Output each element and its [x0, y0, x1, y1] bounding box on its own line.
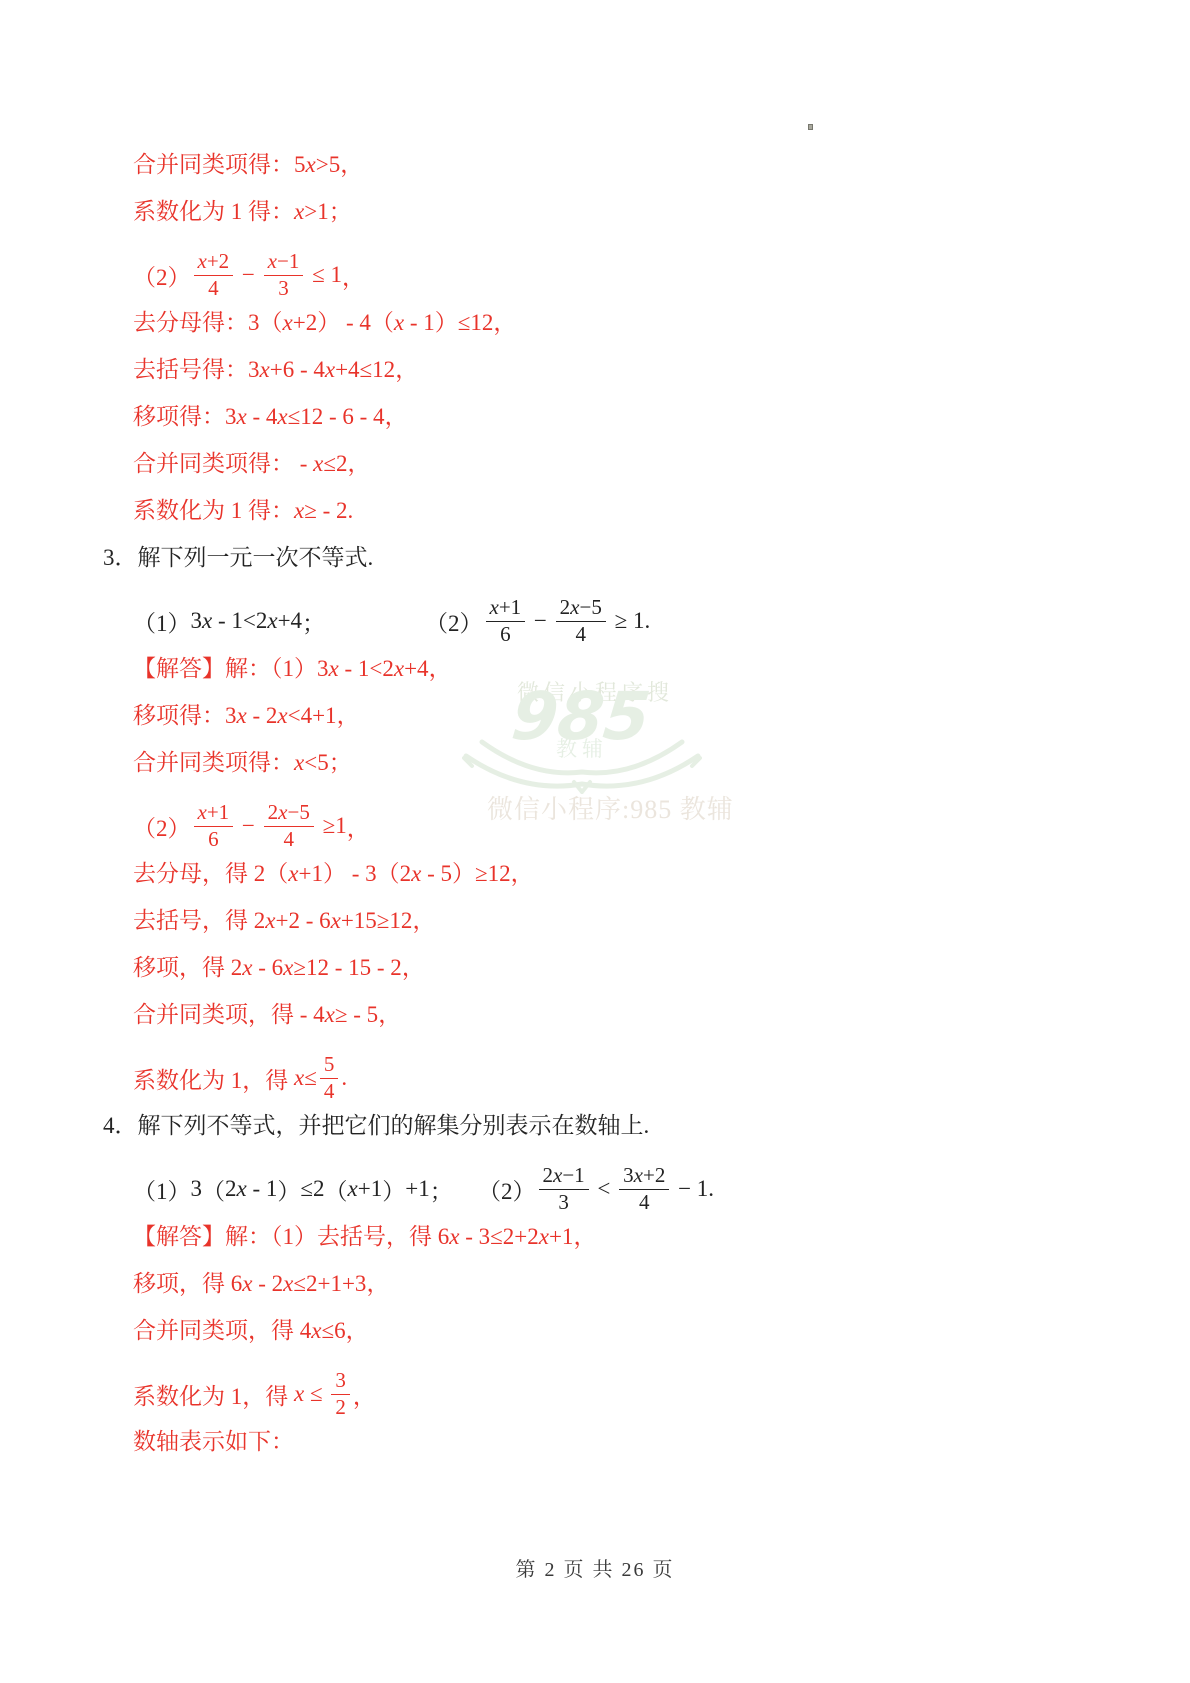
math-variable: x [277, 404, 287, 429]
math-text: - 1<2 [212, 608, 267, 634]
cjk-text: 【解答】解：（1）去括号，得 [133, 1224, 438, 1249]
solution-content: 合并同类项得：5x>5，系数化为 1 得：x>1；（2）x+24 − x−13 … [0, 0, 1190, 1477]
math-variable: x [242, 955, 252, 980]
fraction-denominator: 4 [575, 622, 586, 646]
cjk-text: 移项得： [133, 404, 225, 429]
problem-2: （2）2x−13 < 3x+24 − 1. [478, 1164, 714, 1213]
math-variable: x [325, 1002, 335, 1027]
math-variable: x [311, 1318, 321, 1343]
math-text: 2 [231, 955, 243, 980]
math-text: - 1 [404, 310, 435, 335]
cjk-text: ） [277, 1173, 300, 1206]
question-4-title: 4．解下列不等式，并把它们的解集分别表示在数轴上. [103, 1114, 1190, 1138]
cjk-text: 系数化为 1，得 [133, 1378, 294, 1411]
math-text: +1 [549, 1224, 573, 1249]
fraction: 2x−54 [556, 596, 606, 645]
solution-step: 合并同类项得：x<5； [133, 751, 1190, 775]
math-variable: x [394, 656, 404, 681]
math-text: +1 [358, 1176, 382, 1202]
cjk-text: ， [340, 152, 363, 177]
math-text: +1 [298, 861, 322, 886]
cjk-text: 【解答】解：（1） [133, 656, 317, 681]
fraction: x+16 [194, 801, 234, 850]
math-text: - [294, 451, 313, 476]
math-text: < [592, 1176, 616, 1202]
math-text: 3 [335, 1368, 346, 1392]
fraction-numerator: x−1 [264, 250, 304, 275]
cjk-text: 4．解下列不等式，并把它们的解集分别表示在数轴上. [103, 1113, 649, 1138]
cjk-text: 移项，得 [133, 955, 231, 980]
math-text: 4 [324, 1079, 335, 1103]
cjk-text: ， [493, 310, 516, 335]
math-text: - 4 [247, 404, 278, 429]
math-text: 6 [438, 1224, 450, 1249]
cjk-text: ， [412, 908, 435, 933]
math-text: ≤2 [323, 451, 347, 476]
solution-step-fraction: 系数化为 1，得 x ≤ 32， [133, 1366, 1190, 1422]
math-variable: x [294, 1065, 304, 1091]
solution-step-fraction: 系数化为 1，得 x≤54. [133, 1050, 1190, 1106]
math-text: +2 [293, 310, 317, 335]
math-text: ≥ - 2. [304, 498, 353, 523]
math-text: >1 [304, 199, 328, 224]
document-page: 微信小程序搜 985 教辅 微信小程序:985 教辅 合并同类项得：5x>5，系… [0, 0, 1190, 1683]
solution-step: 去分母，得 2（x+1） - 3（2x - 5）≥12， [133, 862, 1190, 886]
math-variable: x [198, 249, 207, 273]
solution-step: 移项得：3x - 4x≤12 - 6 - 4， [133, 405, 1190, 429]
cjk-text: ， [429, 656, 452, 681]
cjk-text: 系数化为 1 得： [133, 498, 294, 523]
fraction-numerator: 2x−5 [556, 596, 606, 621]
cjk-text: ， [342, 259, 365, 292]
fraction: 3x+24 [619, 1164, 669, 1213]
math-text: - 1<2 [339, 656, 394, 681]
solution-step-fraction: （2）x+16 − 2x−54 ≥1， [133, 798, 1190, 854]
solution-step: 移项，得 2x - 6x≥12 - 15 - 2， [133, 956, 1190, 980]
cjk-text: ； [329, 199, 352, 224]
fraction-numerator: x+1 [194, 801, 234, 826]
solution-step: 合并同类项，得 - 4x≥ - 5， [133, 1003, 1190, 1027]
math-text: - 3≤2+2 [459, 1224, 538, 1249]
cjk-text: （ [260, 310, 283, 335]
math-text: - 5 [421, 861, 452, 886]
cjk-text: ） [323, 861, 346, 886]
math-text: 3 [248, 310, 260, 335]
math-variable: x [553, 1163, 562, 1187]
cjk-text: 去括号，得 [133, 908, 254, 933]
math-text: − 1. [672, 1176, 714, 1202]
answer-intro-q3: 【解答】解：（1）3x - 1<2x+4， [133, 657, 1190, 681]
fraction-numerator: x+1 [486, 596, 526, 621]
solution-step-fraction: （2）x+24 − x−13 ≤ 1， [133, 247, 1190, 303]
math-text: 3 [225, 703, 237, 728]
fraction-denominator: 3 [558, 1190, 569, 1214]
fraction: 54 [320, 1053, 339, 1102]
cjk-text: （2） [425, 605, 483, 638]
cjk-text: 合并同类项，得 [133, 1318, 300, 1343]
math-text: ≤ [304, 1381, 328, 1407]
cjk-text: （ [202, 1173, 225, 1206]
fraction-denominator: 4 [324, 1079, 335, 1103]
math-text: . [341, 1065, 347, 1091]
math-variable: x [449, 1224, 459, 1249]
cjk-text: ， [573, 1224, 596, 1249]
math-text: 4 [300, 1318, 312, 1343]
math-variable: x [283, 955, 293, 980]
solution-step: 合并同类项得： - x≤2， [133, 452, 1190, 476]
math-text: - 6 [252, 955, 283, 980]
math-variable: x [394, 310, 404, 335]
solution-step: 去分母得：3（x+2） - 4（x - 1）≤12， [133, 311, 1190, 335]
math-text: 2 [543, 1163, 554, 1187]
math-text: −5 [287, 800, 309, 824]
math-text: 2 [254, 861, 266, 886]
math-text: - 2 [247, 703, 278, 728]
math-variable: x [306, 152, 316, 177]
math-variable: x [283, 310, 293, 335]
cjk-text: 去括号得： [133, 357, 248, 382]
math-variable: x [331, 908, 341, 933]
math-variable: x [539, 1224, 549, 1249]
cjk-text: ， [402, 955, 425, 980]
fraction-numerator: 2x−1 [539, 1164, 589, 1189]
math-text: − [236, 813, 260, 839]
math-text: 5 [324, 1052, 335, 1076]
cjk-text: ， [346, 1318, 369, 1343]
fraction-numerator: 5 [320, 1053, 339, 1078]
math-text: 2 [254, 908, 266, 933]
fraction-denominator: 6 [208, 827, 219, 851]
cjk-text: 合并同类项得： [133, 750, 294, 775]
math-variable: x [268, 249, 277, 273]
math-text: − [528, 608, 552, 634]
math-variable: x [294, 1381, 304, 1407]
math-text: ≥12 - 15 - 2 [293, 955, 401, 980]
math-text: 3 [623, 1163, 634, 1187]
cjk-text: （ [325, 1173, 348, 1206]
fraction: x+16 [486, 596, 526, 645]
math-variable: x [294, 498, 304, 523]
math-text: ≥1 [317, 813, 347, 839]
cjk-text: ， [385, 404, 408, 429]
solution-step: 合并同类项，得 4x≤6， [133, 1319, 1190, 1343]
math-variable: x [294, 750, 304, 775]
cjk-text: ， [511, 861, 534, 886]
cjk-text: ） [435, 310, 458, 335]
cjk-text: （2） [478, 1173, 536, 1206]
problem-1: （1）3（2x - 1）≤2（x+1）+1； [133, 1173, 478, 1206]
cjk-text: （ [377, 861, 400, 886]
cjk-text: ； [430, 1173, 453, 1206]
math-text: 2 [268, 800, 279, 824]
math-text: +1 [207, 800, 229, 824]
fraction: x+24 [194, 250, 234, 299]
math-variable: x [329, 656, 339, 681]
math-variable: x [490, 595, 499, 619]
math-text: −1 [562, 1163, 584, 1187]
math-text: 3 [278, 276, 289, 300]
math-text: +1 [499, 595, 521, 619]
math-text: 4 [575, 622, 586, 646]
cjk-text: 去分母得： [133, 310, 248, 335]
math-text: - 4 [340, 310, 371, 335]
math-text: 2 [225, 1176, 237, 1202]
math-variable: x [325, 357, 335, 382]
math-variable: x [267, 608, 277, 634]
math-text: ≤2+1+3 [293, 1271, 366, 1296]
math-variable: x [242, 1271, 252, 1296]
math-text: +1 [405, 1176, 429, 1202]
math-text: - 4 [294, 1002, 325, 1027]
math-text: 3 [225, 404, 237, 429]
math-text: 3 [558, 1190, 569, 1214]
math-text: 2 [335, 1395, 346, 1419]
cjk-text: ） [452, 861, 475, 886]
fraction: 32 [331, 1369, 350, 1418]
cjk-text: 合并同类项得： [133, 152, 294, 177]
fraction-numerator: 3 [331, 1369, 350, 1394]
math-text: 6 [231, 1271, 243, 1296]
cjk-text: （1） [133, 1173, 191, 1206]
fraction-denominator: 3 [278, 276, 289, 300]
math-text: 4 [639, 1190, 650, 1214]
math-text: - 2 [252, 1271, 283, 1296]
cjk-text: （ [371, 310, 394, 335]
problem-1: （1）3x - 1<2x+4； [133, 605, 425, 638]
problem-2: （2）x+16 − 2x−54 ≥ 1. [425, 596, 650, 645]
fraction: 2x−54 [264, 801, 314, 850]
fraction-numerator: 2x−5 [264, 801, 314, 826]
solution-step: 合并同类项得：5x>5， [133, 153, 1190, 177]
fraction: 2x−13 [539, 1164, 589, 1213]
math-variable: x [277, 703, 287, 728]
math-text: +6 - 4 [270, 357, 325, 382]
math-text: +4≤12 [335, 357, 395, 382]
cjk-text: ， [378, 1002, 401, 1027]
cjk-text: 移项得： [133, 703, 225, 728]
fraction-denominator: 4 [639, 1190, 650, 1214]
math-text: 4 [208, 276, 219, 300]
fraction-denominator: 4 [283, 827, 294, 851]
fraction-denominator: 4 [208, 276, 219, 300]
math-text: 6 [208, 827, 219, 851]
answer-intro-q4: 【解答】解：（1）去括号，得 6x - 3≤2+2x+1， [133, 1225, 1190, 1249]
math-text: +2 [207, 249, 229, 273]
math-text: 3 [191, 1176, 203, 1202]
math-text: ≤ 1 [306, 262, 342, 288]
math-text: ≥ 1. [609, 608, 650, 634]
solution-step: 系数化为 1 得：x≥ - 2. [133, 499, 1190, 523]
math-variable: x [294, 199, 304, 224]
math-variable: x [313, 451, 323, 476]
cjk-text: 数轴表示如下： [133, 1429, 294, 1454]
math-text: <4+1 [288, 703, 337, 728]
math-text: +4 [404, 656, 428, 681]
fraction-denominator: 6 [500, 622, 511, 646]
math-text: - 1 [247, 1176, 278, 1202]
math-text: 2 [560, 595, 571, 619]
fraction: x−13 [264, 250, 304, 299]
math-text: −1 [277, 249, 299, 273]
math-variable: x [260, 357, 270, 382]
math-text: 2 [400, 861, 412, 886]
fraction-numerator: 3x+2 [619, 1164, 669, 1189]
math-text: ≤12 - 6 - 4 [288, 404, 385, 429]
cjk-text: 3．解下列一元一次不等式. [103, 545, 373, 570]
math-text: 6 [500, 622, 511, 646]
cjk-text: ； [302, 605, 325, 638]
math-text: +15≥12 [341, 908, 413, 933]
math-text: - 3 [346, 861, 377, 886]
cjk-text: 合并同类项，得 [133, 1002, 294, 1027]
fraction-numerator: x+2 [194, 250, 234, 275]
math-variable: x [348, 1176, 358, 1202]
math-variable: x [634, 1163, 643, 1187]
cjk-text: ） [382, 1173, 405, 1206]
cjk-text: 去分母，得 [133, 861, 254, 886]
math-text: +2 [643, 1163, 665, 1187]
math-variable: x [198, 800, 207, 824]
cjk-text: ） [317, 310, 340, 335]
math-variable: x [265, 908, 275, 933]
cjk-text: ； [329, 750, 352, 775]
math-text: ≤2 [300, 1176, 324, 1202]
cjk-text: （1） [133, 605, 191, 638]
math-text: >5 [316, 152, 340, 177]
cjk-text: ， [348, 451, 371, 476]
math-variable: x [288, 861, 298, 886]
math-text: <5 [304, 750, 328, 775]
math-variable: x [411, 861, 421, 886]
math-text: +4 [278, 608, 302, 634]
math-text: 3 [248, 357, 260, 382]
math-variable: x [237, 1176, 247, 1202]
cjk-text: ， [353, 1378, 376, 1411]
solution-step: 去括号，得 2x+2 - 6x+15≥12， [133, 909, 1190, 933]
fraction-denominator: 2 [335, 1395, 346, 1419]
cjk-text: ， [366, 1271, 389, 1296]
cjk-text: 合并同类项得： [133, 451, 294, 476]
math-text: 3 [191, 608, 203, 634]
cjk-text: 系数化为 1 得： [133, 199, 294, 224]
question-3-title: 3．解下列一元一次不等式. [103, 546, 1190, 570]
cjk-text: （2） [133, 810, 191, 843]
cjk-text: ， [395, 357, 418, 382]
solution-step: 系数化为 1 得：x>1； [133, 200, 1190, 224]
solution-step: 移项得：3x - 2x<4+1， [133, 704, 1190, 728]
solution-step: 去括号得：3x+6 - 4x+4≤12， [133, 358, 1190, 382]
number-axis-note: 数轴表示如下： [133, 1430, 1190, 1454]
cjk-text: （ [265, 861, 288, 886]
math-text: ≤6 [321, 1318, 345, 1343]
math-variable: x [237, 703, 247, 728]
math-variable: x [237, 404, 247, 429]
math-text: 5 [294, 152, 306, 177]
math-variable: x [283, 1271, 293, 1296]
problem-row-q3: （1）3x - 1<2x+4；（2）x+16 − 2x−54 ≥ 1. [133, 593, 1190, 649]
math-text: ≤12 [458, 310, 494, 335]
math-text: +2 - 6 [275, 908, 330, 933]
math-variable: x [202, 608, 212, 634]
math-text: ≤ [304, 1065, 317, 1091]
math-text: ≥12 [475, 861, 511, 886]
math-text: 4 [283, 827, 294, 851]
cjk-text: ， [347, 810, 370, 843]
math-text: −5 [579, 595, 601, 619]
cjk-text: （2） [133, 259, 191, 292]
math-text: ≥ - 5 [335, 1002, 378, 1027]
problem-row-q4: （1）3（2x - 1）≤2（x+1）+1；（2）2x−13 < 3x+24 −… [133, 1161, 1190, 1217]
cjk-text: 系数化为 1，得 [133, 1062, 294, 1095]
cjk-text: 移项，得 [133, 1271, 231, 1296]
page-footer: 第 2 页 共 26 页 [0, 1553, 1190, 1582]
solution-step: 移项，得 6x - 2x≤2+1+3， [133, 1272, 1190, 1296]
cjk-text: ， [337, 703, 360, 728]
math-text: 3 [317, 656, 329, 681]
math-text: − [236, 262, 260, 288]
